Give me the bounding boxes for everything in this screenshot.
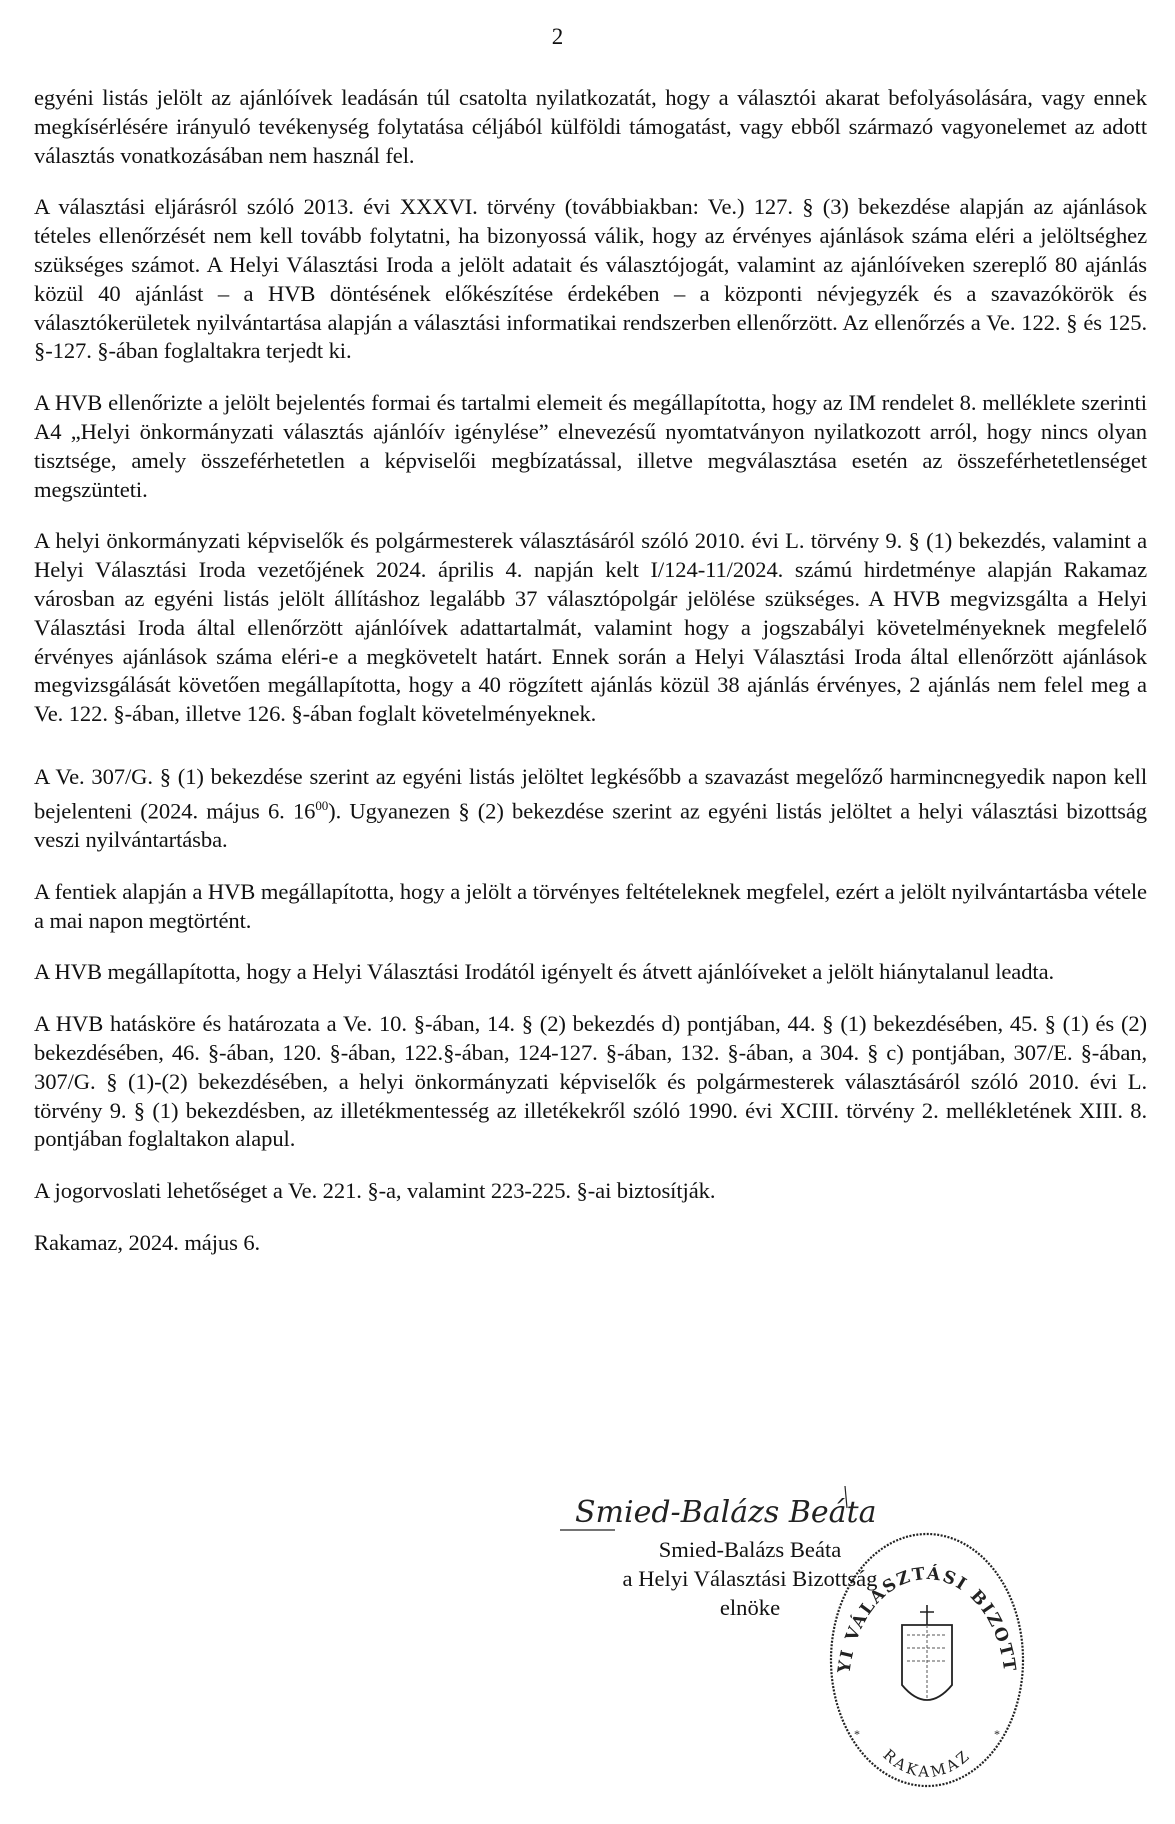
official-stamp: HELYI VÁLASZTÁSI BIZOTTSÁG RAKAMAZ * * [822,1520,1032,1790]
svg-text:HELYI VÁLASZTÁSI BIZOTTSÁG: HELYI VÁLASZTÁSI BIZOTTSÁG [822,1520,1019,1675]
paragraph-im-rendelet: A HVB ellenőrizte a jelölt bejelentés fo… [34,389,1147,504]
paragraph-sheets-returned: A HVB megállapította, hogy a Helyi Válas… [34,958,1147,987]
place-date: Rakamaz, 2024. május 6. [34,1229,1147,1258]
svg-text:*: * [854,1727,860,1741]
paragraph-legal-basis: A HVB hatásköre és határozata a Ve. 10. … [34,1010,1147,1154]
paragraph-deadline: A Ve. 307/G. § (1) bekezdése szerint az … [34,763,1147,855]
paragraph-foreign-support: egyéni listás jelölt az ajánlóívek leadá… [34,84,1147,170]
coat-of-arms-icon [902,1605,952,1700]
paragraph-legal-remedy: A jogorvoslati lehetőséget a Ve. 221. §-… [34,1177,1147,1206]
page-number: 2 [0,24,1115,50]
paragraph-ve-127: A választási eljárásról szóló 2013. évi … [34,193,1147,366]
svg-text:RAKAMAZ: RAKAMAZ [879,1746,974,1781]
paragraph-conclusion: A fentiek alapján a HVB megállapította, … [34,878,1147,936]
paragraph-recommendation-count: A helyi önkormányzati képviselők és polg… [34,527,1147,729]
svg-text:*: * [994,1727,1000,1741]
document-body: egyéni listás jelölt az ajánlóívek leadá… [34,84,1147,1281]
